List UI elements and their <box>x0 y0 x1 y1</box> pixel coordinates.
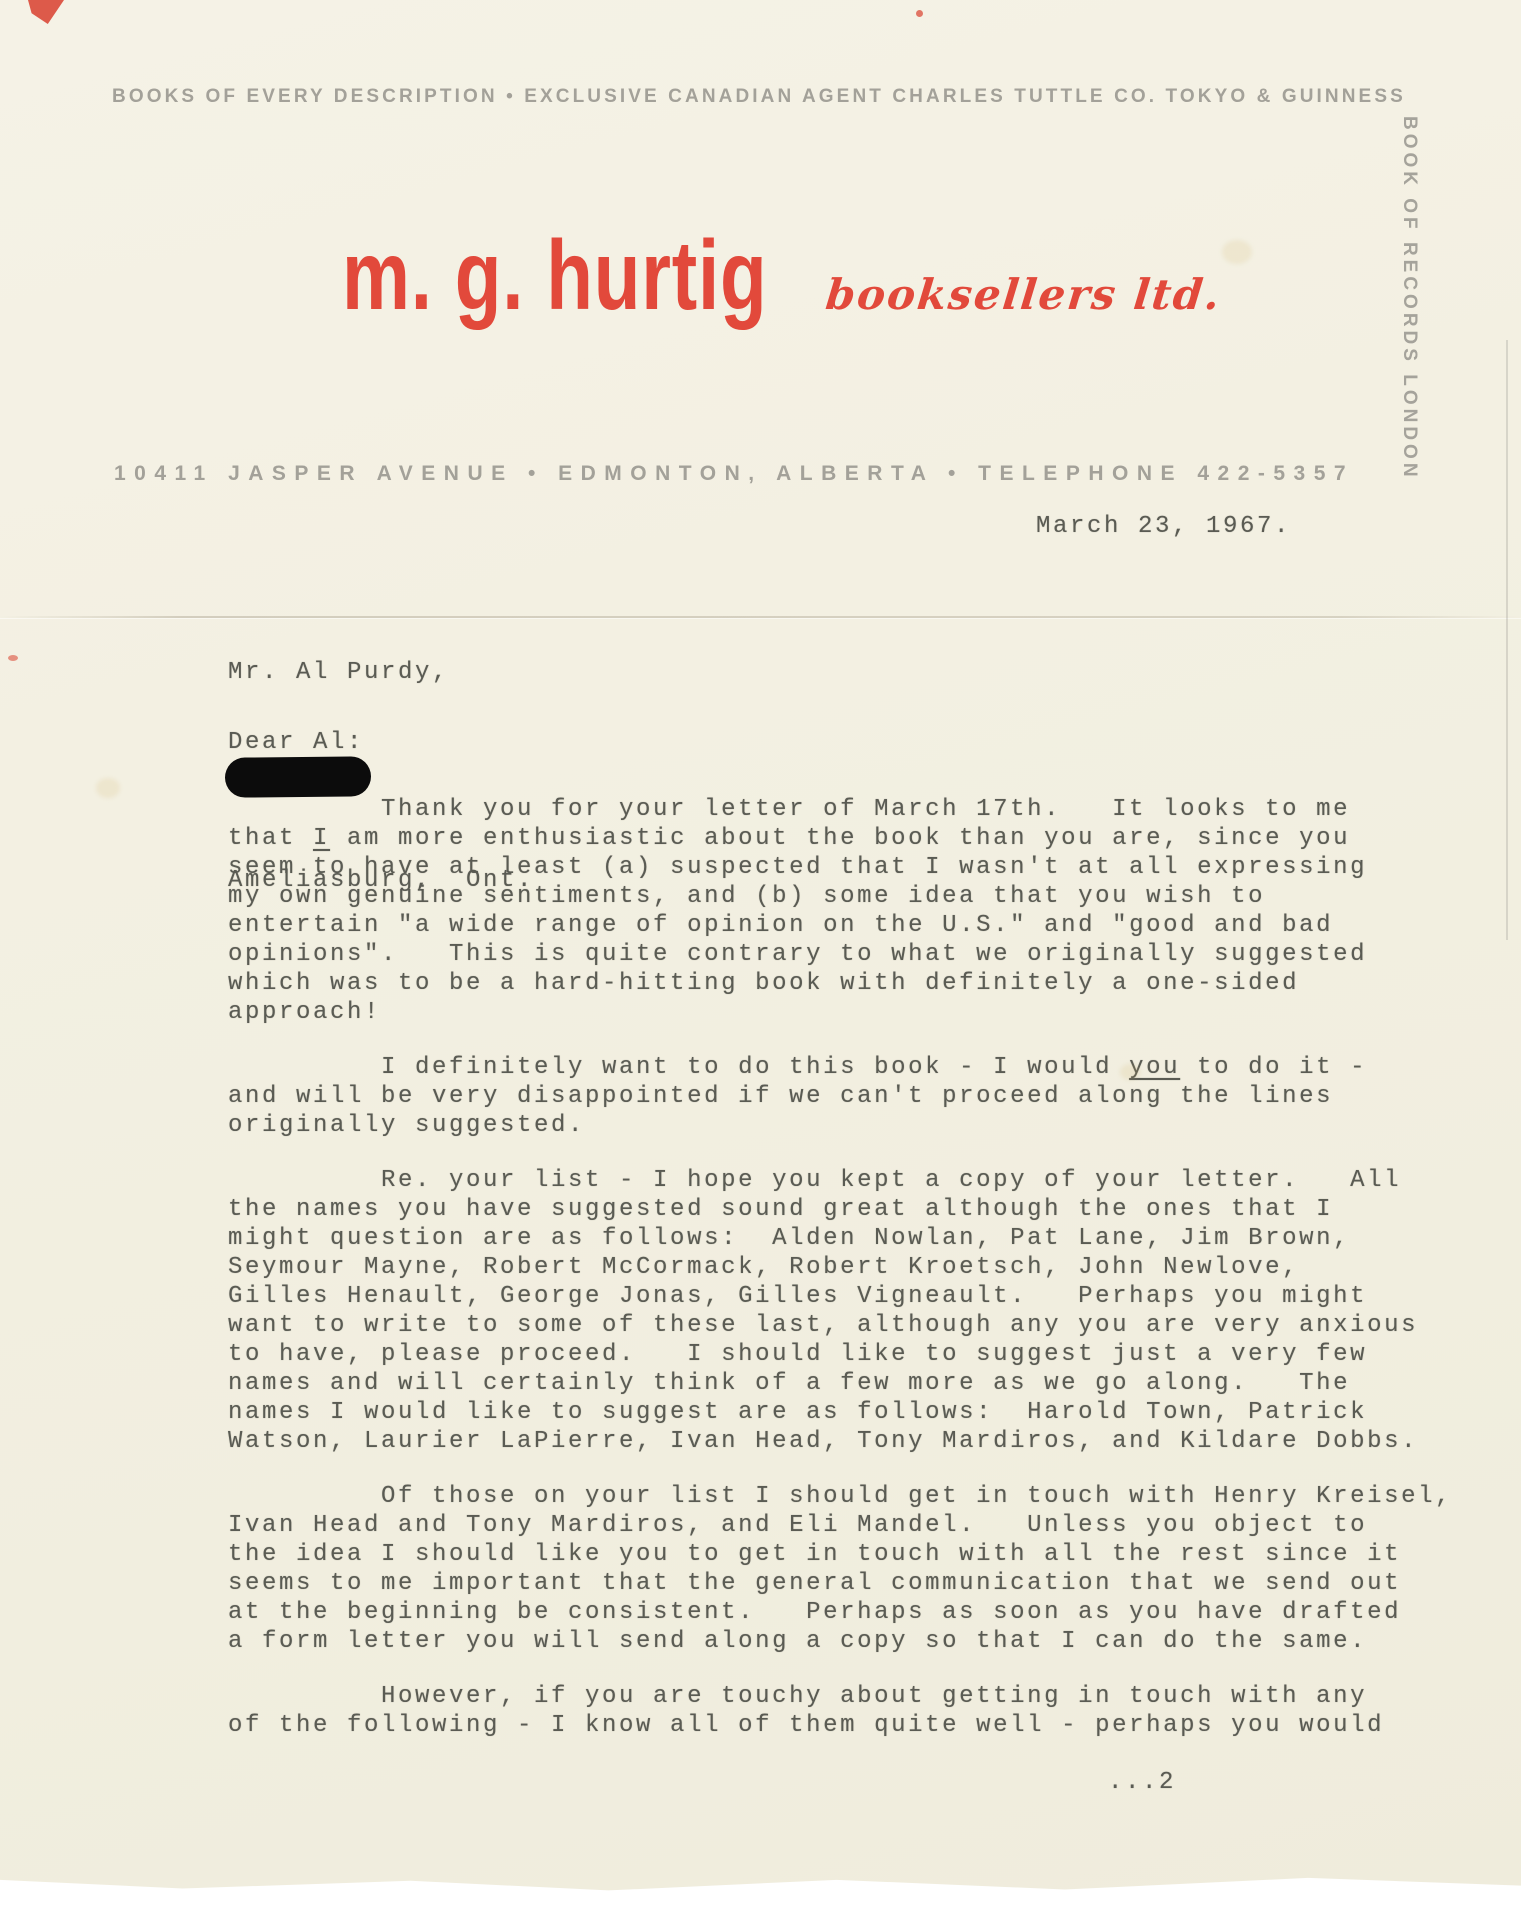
company-logo: m. g. hurtig booksellers ltd. <box>342 226 1221 324</box>
typed-line: seem to have at least (a) suspected that… <box>228 853 1452 882</box>
paper-stain <box>1120 1064 1140 1080</box>
typed-line: I definitely want to do this book - I wo… <box>228 1053 1452 1082</box>
scan-edge-line <box>1506 340 1508 940</box>
typed-line: Re. your list - I hope you kept a copy o… <box>228 1166 1452 1195</box>
letter-date: March 23, 1967. <box>1036 512 1291 541</box>
logo-wordmark: m. g. hurtig <box>342 226 767 324</box>
letterhead-banner: BOOKS OF EVERY DESCRIPTION • EXCLUSIVE C… <box>112 86 1406 108</box>
typed-line: at the beginning be consistent. Perhaps … <box>228 1598 1452 1627</box>
typed-line: originally suggested. <box>228 1111 1452 1140</box>
redaction-bar <box>225 756 371 798</box>
red-speck-left <box>8 655 18 661</box>
paragraph: However, if you are touchy about getting… <box>228 1682 1452 1740</box>
typed-line: names and will certainly think of a few … <box>228 1369 1452 1398</box>
typed-line: Gilles Henault, George Jonas, Gilles Vig… <box>228 1282 1452 1311</box>
typed-line: the idea I should like you to get in tou… <box>228 1540 1452 1569</box>
typed-line: the names you have suggested sound great… <box>228 1195 1452 1224</box>
typed-line: of the following - I know all of them qu… <box>228 1711 1452 1740</box>
logo-script-text: booksellers ltd. <box>823 270 1223 319</box>
letter-paper: BOOKS OF EVERY DESCRIPTION • EXCLUSIVE C… <box>0 0 1521 1930</box>
typed-line: Ivan Head and Tony Mardiros, and Eli Man… <box>228 1511 1452 1540</box>
paragraph: Re. your list - I hope you kept a copy o… <box>228 1166 1452 1456</box>
letter-body: Thank you for your letter of March 17th.… <box>228 795 1452 1766</box>
salutation: Dear Al: <box>228 728 364 757</box>
typed-line: However, if you are touchy about getting… <box>228 1682 1452 1711</box>
letterhead-vertical-text: BOOK OF RECORDS LONDON <box>1398 116 1420 481</box>
typed-line: and will be very disappointed if we can'… <box>228 1082 1452 1111</box>
typed-line: my own genuine sentiments, and (b) some … <box>228 882 1452 911</box>
typed-line: that I am more enthusiastic about the bo… <box>228 824 1452 853</box>
typed-line: want to write to some of these last, alt… <box>228 1311 1452 1340</box>
paper-stain <box>96 778 120 798</box>
typed-line: names I would like to suggest are as fol… <box>228 1398 1452 1427</box>
typed-line: Seymour Mayne, Robert McCormack, Robert … <box>228 1253 1452 1282</box>
red-speck-top <box>916 10 923 17</box>
typed-line: which was to be a hard-hitting book with… <box>228 969 1452 998</box>
typed-line: to have, please proceed. I should like t… <box>228 1340 1452 1369</box>
typed-line: approach! <box>228 998 1452 1027</box>
typed-line: a form letter you will send along a copy… <box>228 1627 1452 1656</box>
typed-line: Watson, Laurier LaPierre, Ivan Head, Ton… <box>228 1427 1452 1456</box>
red-speck-corner <box>28 0 64 24</box>
recipient-name: Mr. Al Purdy, <box>228 656 534 689</box>
paragraph: Thank you for your letter of March 17th.… <box>228 795 1452 1027</box>
typed-line: might question are as follows: Alden Now… <box>228 1224 1452 1253</box>
paragraph: I definitely want to do this book - I wo… <box>228 1053 1452 1140</box>
paper-stain <box>1222 240 1252 264</box>
typed-line: Of those on your list I should get in to… <box>228 1482 1452 1511</box>
paragraph: Of those on your list I should get in to… <box>228 1482 1452 1656</box>
typed-line: seems to me important that the general c… <box>228 1569 1452 1598</box>
typed-line: opinions". This is quite contrary to wha… <box>228 940 1452 969</box>
letterhead-address: 10411 JASPER AVENUE • EDMONTON, ALBERTA … <box>114 462 1354 486</box>
typed-line: Thank you for your letter of March 17th.… <box>228 795 1452 824</box>
page-marker: ...2 <box>1108 1768 1176 1797</box>
typed-line: entertain "a wide range of opinion on th… <box>228 911 1452 940</box>
paper-fold-crease <box>0 616 1521 618</box>
